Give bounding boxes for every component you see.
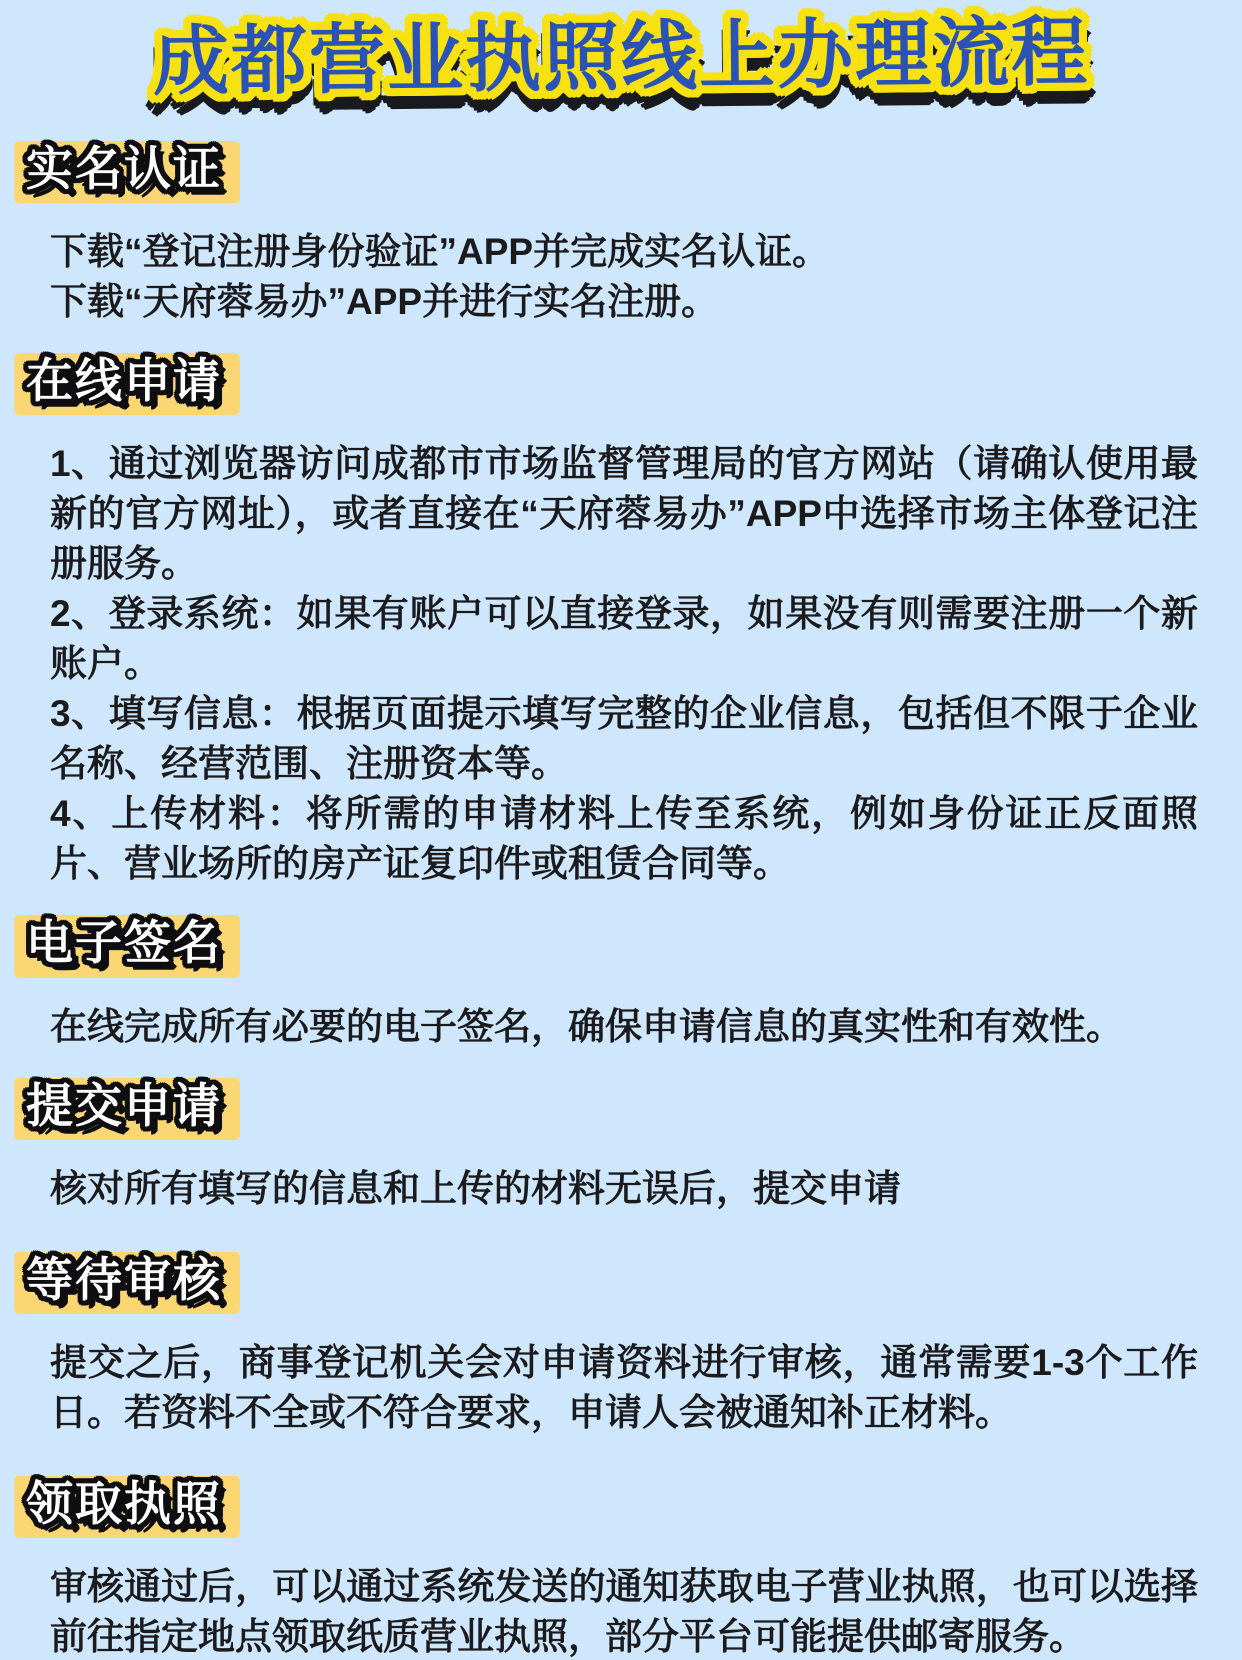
section-paragraph: 下载“登记注册身份验证”APP并完成实名认证。 [50, 227, 1198, 277]
section-paragraph: 1、通过浏览器访问成都市市场监督管理局的官方网站（请确认使用最新的官方网址），或… [50, 439, 1198, 589]
section-heading-text: 等待审核 [26, 1253, 222, 1306]
section-heading: 实名认证 [14, 141, 240, 203]
section-heading: 在线申请 [14, 353, 240, 415]
section-heading: 电子签名 [14, 915, 240, 977]
section-paragraph: 3、填写信息：根据页面提示填写完整的企业信息，包括但不限于企业名称、经营范围、注… [50, 689, 1198, 789]
section-paragraphs: 在线完成所有必要的电子签名，确保申请信息的真实性和有效性。 [50, 1002, 1198, 1052]
section: 实名认证 下载“登记注册身份验证”APP并完成实名认证。下载“天府蓉易办”APP… [0, 141, 1242, 327]
title-wrap: 成都营业执照线上办理流程 [0, 0, 1242, 101]
section: 提交申请 核对所有填写的信息和上传的材料无误后，提交申请 [0, 1078, 1242, 1214]
section-paragraphs: 提交之后，商事登记机关会对申请资料进行审核，通常需要1-3个工作日。若资料不全或… [50, 1338, 1198, 1438]
section-paragraph: 核对所有填写的信息和上传的材料无误后，提交申请 [50, 1164, 1198, 1214]
section-heading-text: 提交申请 [26, 1079, 222, 1132]
section-heading: 提交申请 [14, 1078, 240, 1140]
section-paragraph: 4、上传材料：将所需的申请材料上传至系统，例如身份证正反面照片、营业场所的房产证… [50, 789, 1198, 889]
section-heading-text: 在线申请 [26, 354, 222, 407]
section: 等待审核 提交之后，商事登记机关会对申请资料进行审核，通常需要1-3个工作日。若… [0, 1252, 1242, 1438]
section-heading-text: 实名认证 [26, 142, 222, 195]
section-paragraph: 在线完成所有必要的电子签名，确保申请信息的真实性和有效性。 [50, 1002, 1198, 1052]
section-paragraphs: 1、通过浏览器访问成都市市场监督管理局的官方网站（请确认使用最新的官方网址），或… [50, 439, 1198, 889]
section-paragraph: 下载“天府蓉易办”APP并进行实名注册。 [50, 277, 1198, 327]
section-heading: 领取执照 [14, 1476, 240, 1538]
section-paragraphs: 下载“登记注册身份验证”APP并完成实名认证。下载“天府蓉易办”APP并进行实名… [50, 227, 1198, 327]
section-paragraphs: 核对所有填写的信息和上传的材料无误后，提交申请 [50, 1164, 1198, 1214]
section-paragraphs: 审核通过后，可以通过系统发送的通知获取电子营业执照，也可以选择前往指定地点领取纸… [50, 1562, 1198, 1660]
sections: 实名认证 下载“登记注册身份验证”APP并完成实名认证。下载“天府蓉易办”APP… [0, 141, 1242, 1660]
section-heading: 等待审核 [14, 1252, 240, 1314]
section-paragraph: 2、登录系统：如果有账户可以直接登录，如果没有则需要注册一个新账户。 [50, 589, 1198, 689]
page-title: 成都营业执照线上办理流程 [153, 9, 1090, 106]
section-paragraph: 提交之后，商事登记机关会对申请资料进行审核，通常需要1-3个工作日。若资料不全或… [50, 1338, 1198, 1438]
section: 电子签名 在线完成所有必要的电子签名，确保申请信息的真实性和有效性。 [0, 915, 1242, 1051]
section-paragraph: 审核通过后，可以通过系统发送的通知获取电子营业执照，也可以选择前往指定地点领取纸… [50, 1562, 1198, 1660]
section-heading-text: 领取执照 [26, 1477, 222, 1530]
section: 领取执照 审核通过后，可以通过系统发送的通知获取电子营业执照，也可以选择前往指定… [0, 1476, 1242, 1660]
section: 在线申请 1、通过浏览器访问成都市市场监督管理局的官方网站（请确认使用最新的官方… [0, 353, 1242, 889]
section-heading-text: 电子签名 [26, 916, 222, 969]
